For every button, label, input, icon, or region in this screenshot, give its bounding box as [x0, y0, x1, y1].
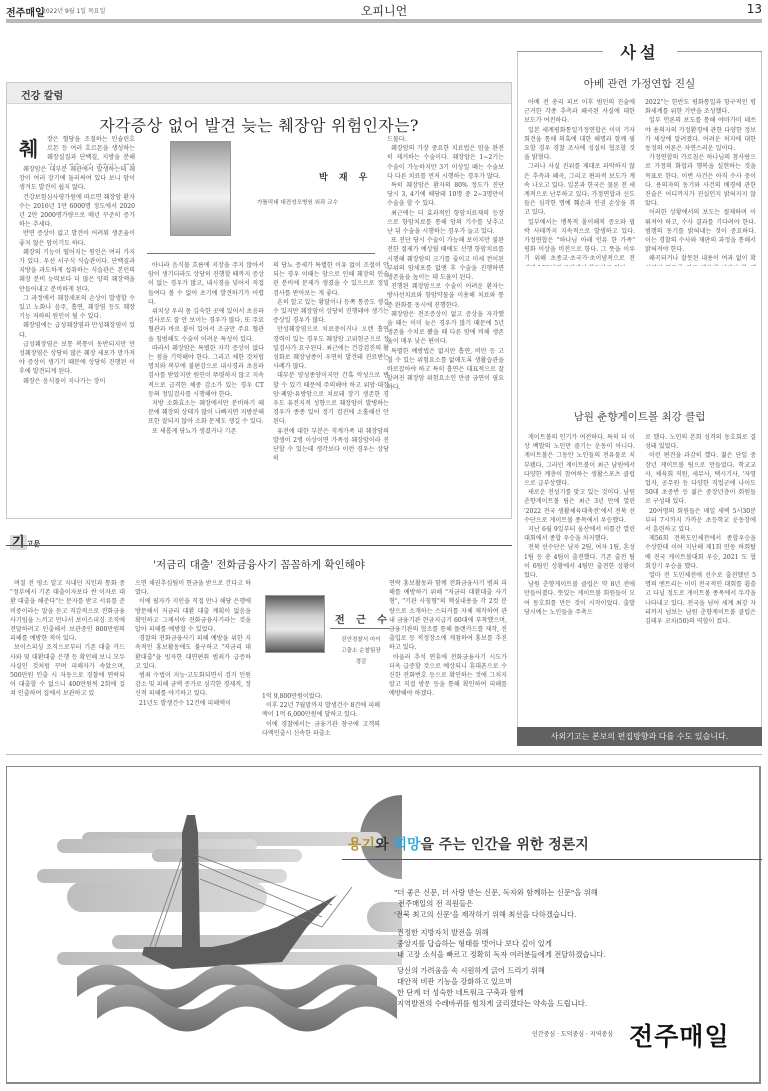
ad-paragraph-2: 진정한 지방자치 발전을 위해 중앙지를 답습하는 형태를 벗어나 보다 깊이 …: [397, 927, 606, 960]
ad-paragraph-1: "더 좋은 신문, 더 사랑 받는 신문, 독자와 함께하는 신문"을 위해 전…: [394, 887, 598, 920]
editorial-article2-title: 남원 춘향게이트볼 최강 클럽: [517, 409, 762, 424]
author-name: 박 재 우: [319, 170, 371, 183]
contribution-rule: [6, 545, 512, 546]
health-col2: 아니라 음식물 흐름에 지장을 주지 않아서 암이 생기더라도 상당히 진행할 …: [148, 261, 264, 515]
ad-paragraph-3: 당신의 가려움을 속 시원하게 긁어 드리기 위해 대안적 비판 기능을 강화하…: [397, 965, 587, 1009]
contribution-label-small: 고문: [27, 540, 41, 548]
external-contribution-note: 사외기고는 본보의 편집방향과 다를 수도 있습니다.: [517, 727, 762, 746]
contribution-col2: 으면 채권추심팀이 현금을 받으로 간다고 하였다. 이에 필자가 지인을 직접…: [135, 579, 251, 749]
editorial-article1-title: 아베 관련 가정연합 진실: [517, 76, 762, 91]
editorial-rule-left: [517, 51, 603, 52]
contributor-photo: [265, 595, 325, 653]
editorial-article2-col2: 로 했다. 노인의 본회 성격의 동호회로 결성돼 있었다. 이런 편견을 과감…: [645, 433, 756, 717]
newspaper-ad: 용기와 희망을 주는 인간을 위한 정론지 "더 좋은 신문, 더 사랑 받는 …: [6, 766, 761, 1084]
editorial-article1-col1: 아베 전 총리 피브 이후 범인의 진술에 근거한 각종 추측과 왜곡된 사실에…: [524, 98, 635, 266]
bottom-divider: [6, 754, 762, 755]
contributor-rule: [330, 628, 390, 629]
editorial-article1-col2: 2022"는 한반도 평화통일과 항구적인 평화세계를 위한 기반을 조성했다.…: [645, 98, 756, 266]
author-affiliation: 가톨릭대 대전성모병원 외과 교수: [257, 198, 338, 206]
health-column-title: 자각증상 없어 발견 늦는 췌장암 위험인자는?: [7, 113, 511, 136]
ad-slogan-rule: [342, 859, 762, 860]
ship-illustration: [32, 787, 402, 1037]
contribution-col3: 1억 9,800만원이었다. 이후 22년 7월말까지 발생건수 8건에 피해액…: [262, 692, 380, 750]
ad-slogan: 용기와 희망을 주는 인간을 위한 정론지: [348, 834, 589, 854]
masthead-rule: [6, 19, 762, 23]
contribution-col1: 며칠 전 평소 알고 지내던 지인과 통화 중 "정부에서 기존 대출이자보다 …: [10, 579, 125, 749]
health-label-bar: 건강 칼럼: [7, 83, 511, 104]
author-rule: [147, 253, 375, 254]
ad-logo: 전주매일: [629, 1017, 730, 1053]
contribution-label: 기고문: [10, 531, 40, 550]
editorial-article2-col1: 게이트볼의 인기가 여전하다. 특히 더 이상 백발의 노인만 즐기는 운동이 …: [524, 433, 635, 717]
health-col4: 드물다. 췌장암의 가장 중요한 치료법은 암을 완전히 제거하는 수술이다. …: [387, 135, 504, 515]
contributor-affiliation: 진안경찰서 마이 고출소 순찰팀장 경감: [330, 635, 392, 668]
health-col3: 의 당뇨 증세가 특별한 이유 없이 조절이 안 되는 경우 이때는 암으로 인…: [273, 261, 389, 515]
editorial-label: 사설: [603, 40, 677, 63]
editorial-rule-right: [677, 51, 762, 52]
health-col1: 췌장암은 대부분 췌관에서 발생하는데 췌장이 여러 장기에 둘러싸여 있다 보…: [19, 135, 135, 515]
ad-motto: 인간중심 · 도덕중심 · 지역중심: [532, 1029, 613, 1038]
health-column-label: 건강 칼럼: [21, 87, 63, 102]
contribution-title: '저금리 대출' 전화금융사기 꼼꼼하게 확인해야: [0, 557, 518, 572]
page-number: 13: [747, 2, 762, 16]
section-title: 오피니언: [6, 2, 762, 19]
author-photo: [170, 141, 231, 236]
contributor-name: 전 근 수: [335, 611, 391, 626]
contribution-label-big: 기: [10, 535, 27, 550]
contribution-col4: 연락 홍보활동과 함께 전화금융사기 범죄 피해를 예방하기 위해 "저금리 대…: [389, 579, 507, 749]
health-column: 건강 칼럼 자각증상 없어 발견 늦는 췌장암 위험인자는? 췌 장은 혈당을 …: [6, 82, 512, 519]
